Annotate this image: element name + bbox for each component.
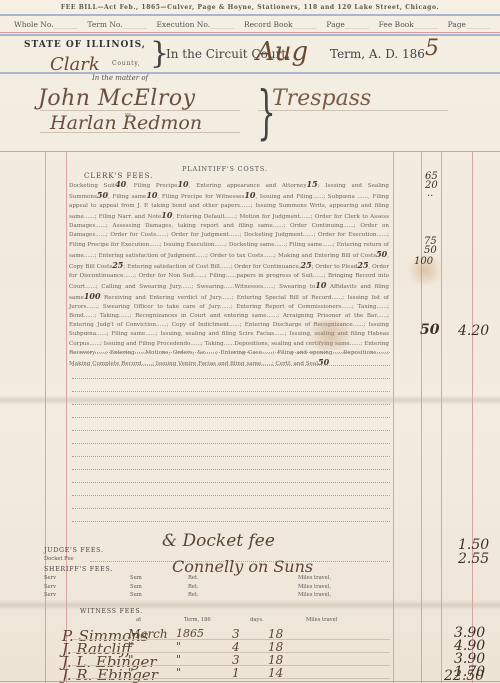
fee-item-value: 100: [84, 291, 101, 301]
term-no-field: Term No.: [87, 20, 146, 29]
fee-bill-document: FEE BILL—Act Feb., 1865—Culver, Page & H…: [0, 0, 500, 683]
fee-item-value: 10: [244, 190, 255, 200]
record-book-field: Record Book: [244, 20, 317, 29]
fee-item-text: ; Entering satisfaction of Cost Bill....…: [123, 264, 300, 270]
table-top-rule: [0, 151, 500, 152]
fee-item-text: , Filing same: [108, 194, 146, 200]
state-label: STATE OF ILLINOIS,: [24, 40, 146, 50]
execution-no-field: Execution No.: [156, 20, 234, 29]
serv-label: Serv: [44, 592, 56, 598]
record-number-fields: Whole No. Term No. Execution No. Record …: [14, 20, 490, 29]
bottom-rule: [0, 681, 500, 682]
page-field: Page: [326, 20, 368, 29]
printer-header: FEE BILL—Act Feb., 1865—Culver, Page & H…: [0, 4, 500, 11]
matter-label: In the matter of: [92, 74, 148, 82]
col-at: at: [136, 617, 141, 623]
serv-label: Serv: [44, 584, 56, 590]
amount-cell: 50: [424, 245, 437, 256]
fee-item-value: 50: [376, 249, 387, 259]
term-label: Term, A. D. 186: [330, 47, 425, 61]
fee-item-value: 10: [161, 210, 172, 220]
defendant-name: Harlan Redmon: [50, 112, 202, 134]
fee-item-text: Docketing Suit: [69, 183, 115, 189]
fee-item-value: 25: [357, 260, 368, 270]
fee-item-value: 10: [177, 179, 188, 189]
ret-label: Ret.: [188, 584, 199, 590]
fee-item-value: 40: [115, 179, 126, 189]
amount-cell: 100: [414, 256, 433, 267]
fee-item-text: , Entering Default......; Motion for Jud…: [69, 214, 389, 258]
col-miles: Miles travel: [306, 617, 337, 623]
col-days: days.: [250, 617, 264, 623]
fee-item-value: 25: [301, 260, 312, 270]
plaintiff-name: John McElroy: [38, 86, 196, 111]
judges-note-line1: & Docket fee: [162, 531, 275, 551]
col-term: Term, 186: [184, 617, 211, 623]
amount-cell: 50: [420, 322, 439, 338]
section-rule: [0, 72, 500, 74]
ret-label: Ret.: [188, 592, 199, 598]
sum-label: Sum: [130, 584, 142, 590]
fee-item-value: 50: [97, 190, 108, 200]
fee-item-text: , Filing Precipe: [126, 183, 177, 189]
term-handwritten: Aug: [256, 37, 308, 67]
fee-book-field: Fee Book: [379, 20, 438, 29]
sheriff-fee-amount: 2.55: [458, 551, 489, 567]
witness-fees-label: WITNESS FEES.: [80, 608, 143, 615]
fee-item-value: 10: [146, 190, 157, 200]
amount-cell: ..: [427, 188, 433, 199]
miles-label: Miles travel,: [298, 592, 331, 598]
miles-label: Miles travel,: [298, 584, 331, 590]
action-type: Trespass: [272, 86, 371, 111]
miles-label: Miles travel,: [298, 575, 331, 581]
fee-item-value: 15: [306, 179, 317, 189]
year-handwritten: 5: [425, 36, 439, 61]
serv-label: Serv: [44, 575, 56, 581]
sum-label: Sum: [130, 575, 142, 581]
stain: [300, 320, 360, 350]
header-rule: [0, 14, 500, 16]
fee-page-field: Page: [448, 20, 490, 29]
judges-note-line2: Connelly on Suns: [172, 557, 313, 576]
red-rule: [0, 32, 500, 33]
sheriffs-fees-label: SHERIFF'S FEES.: [44, 566, 113, 573]
county-label: County,: [112, 60, 140, 67]
fee-item-value: 10: [315, 280, 326, 290]
fee-item-text: , Filing Precipe for Witnesses: [157, 194, 244, 200]
fee-item-text: ; Order to Plead: [312, 264, 358, 270]
paper-fold: [0, 600, 500, 610]
fee-item-value: 25: [112, 260, 123, 270]
docket-fee-label: Docket Fee: [44, 556, 74, 562]
subtotal: 4.20: [458, 323, 489, 339]
witness-line: [72, 678, 390, 679]
sum-label: Sum: [130, 592, 142, 598]
fee-item-text: , Entering appearance and Attorney: [189, 183, 307, 189]
judges-fees-label: JUDGE'S FEES.: [44, 547, 104, 554]
ret-label: Ret.: [188, 575, 199, 581]
whole-no-field: Whole No.: [14, 20, 78, 29]
